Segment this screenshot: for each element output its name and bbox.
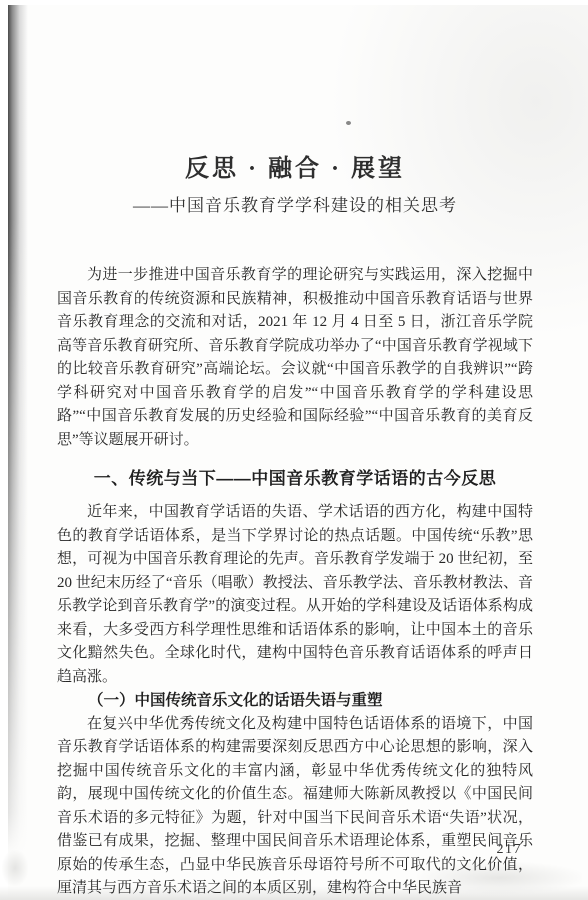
page-body: 反思 · 融合 · 展望 ——中国音乐教育学学科建设的相关思考 为进一步推进中国…: [57, 0, 533, 900]
article-subtitle: ——中国音乐教育学学科建设的相关思考: [57, 194, 533, 218]
scan-edge-left: [0, 0, 8, 900]
scan-patch-bottom-left: [2, 850, 28, 886]
book-spine-shadow-fade: [8, 5, 28, 855]
intro-paragraph: 为进一步推进中国音乐教育学的理论研究与实践运用，深入挖掘中国音乐教育的传统资源和…: [57, 264, 533, 452]
section-1-heading: 一、传统与当下——中国音乐教育学话语的古今反思: [57, 466, 533, 492]
section-1-paragraph: 近年来，中国教育学话语的失语、学术话语的西方化，构建中国特色的教育学话语体系，是…: [57, 501, 533, 689]
subsection-1-paragraph: 在复兴中华优秀传统文化及构建中国特色话语体系的语境下，中国音乐教育学话语体系的构…: [57, 713, 533, 900]
subsection-1-heading: （一）中国传统音乐文化的话语失语与重塑: [57, 689, 533, 713]
article-title: 反思 · 融合 · 展望: [57, 0, 533, 185]
page-number: 217: [497, 842, 523, 858]
